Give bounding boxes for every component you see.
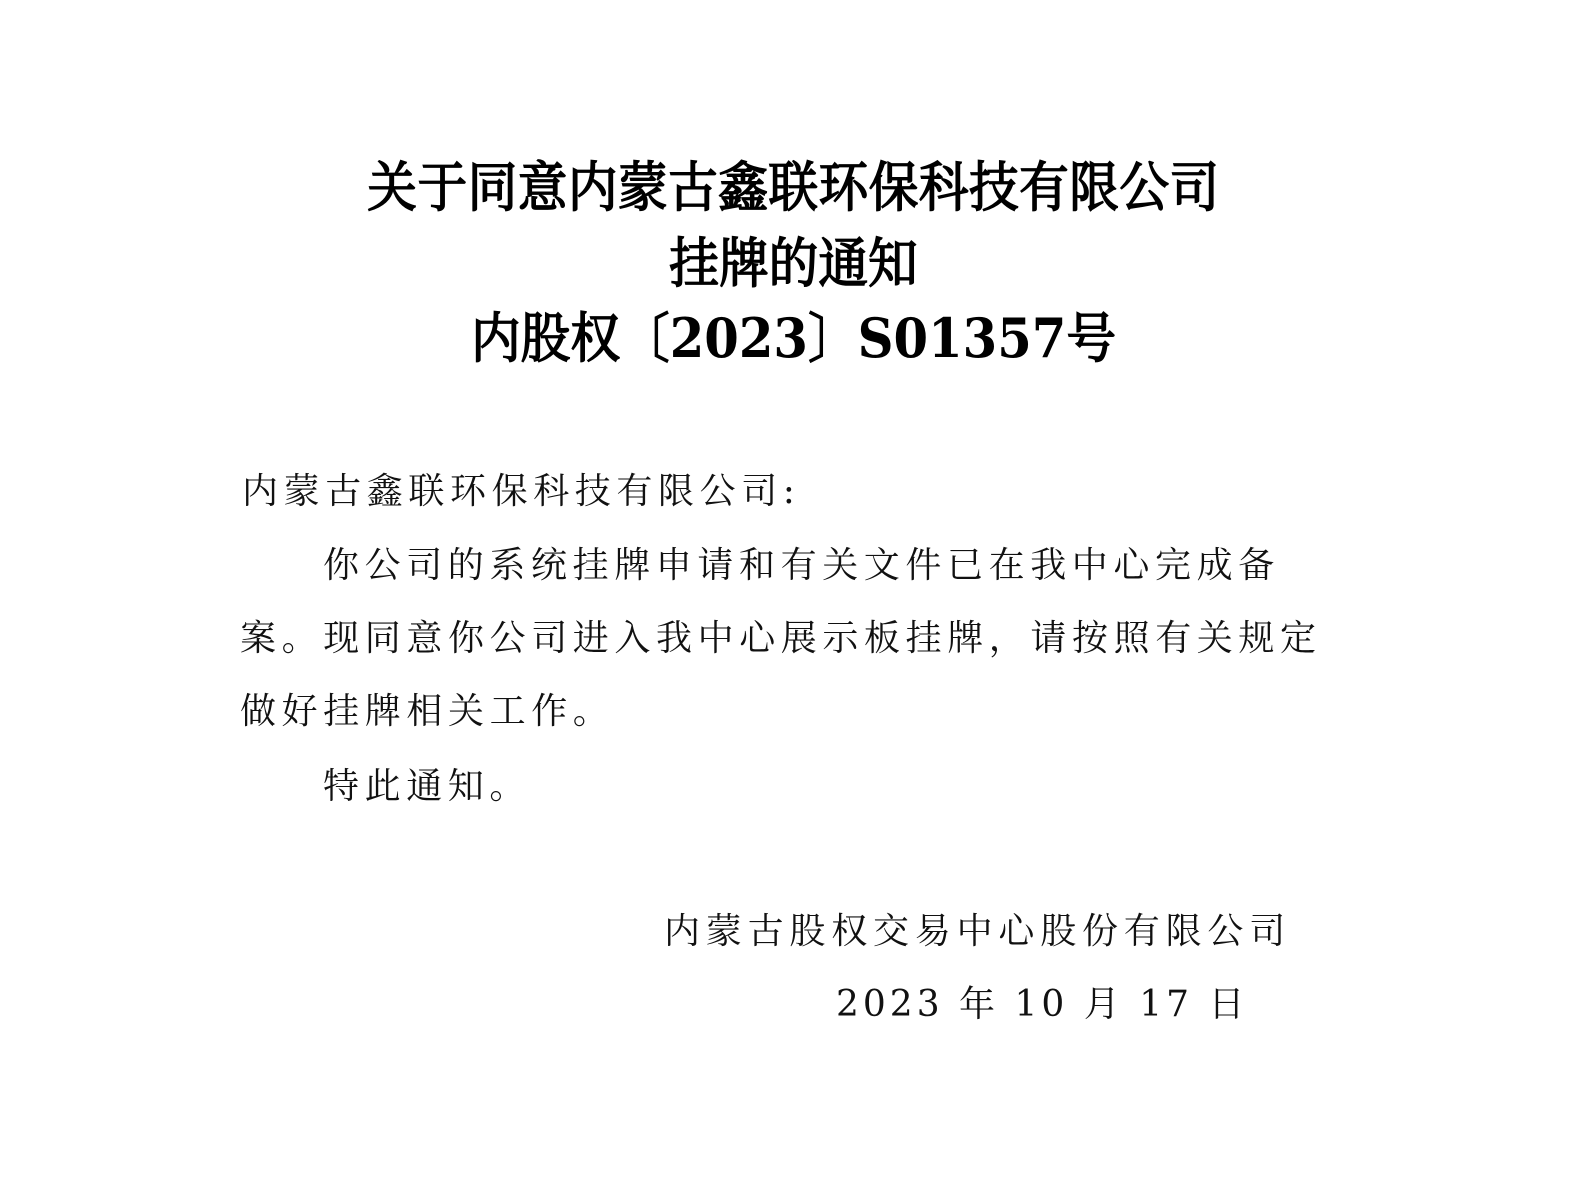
signature-date: 2023 年 10 月 17 日 xyxy=(836,983,1248,1027)
paragraph-1-line-1: 你公司的系统挂牌申请和有关文件已在我中心完成备 xyxy=(323,544,1280,588)
document-title-line-2: 挂牌的通知 xyxy=(63,233,1523,293)
salutation: 内蒙古鑫联环保科技有限公司: xyxy=(242,470,801,514)
paragraph-1-line-3: 做好挂牌相关工作。 xyxy=(240,690,614,734)
document-number: 内股权〔2023〕S01357号 xyxy=(63,308,1523,368)
signature-organization: 内蒙古股权交易中心股份有限公司 xyxy=(664,910,1291,954)
paragraph-2-closing: 特此通知。 xyxy=(323,765,531,809)
document-page: 关于同意内蒙古鑫联环保科技有限公司 挂牌的通知 内股权〔2023〕S01357号… xyxy=(0,0,1587,1197)
paragraph-1-line-2: 案。现同意你公司进入我中心展示板挂牌，请按照有关规定 xyxy=(240,617,1322,661)
document-title-line-1: 关于同意内蒙古鑫联环保科技有限公司 xyxy=(63,157,1523,217)
